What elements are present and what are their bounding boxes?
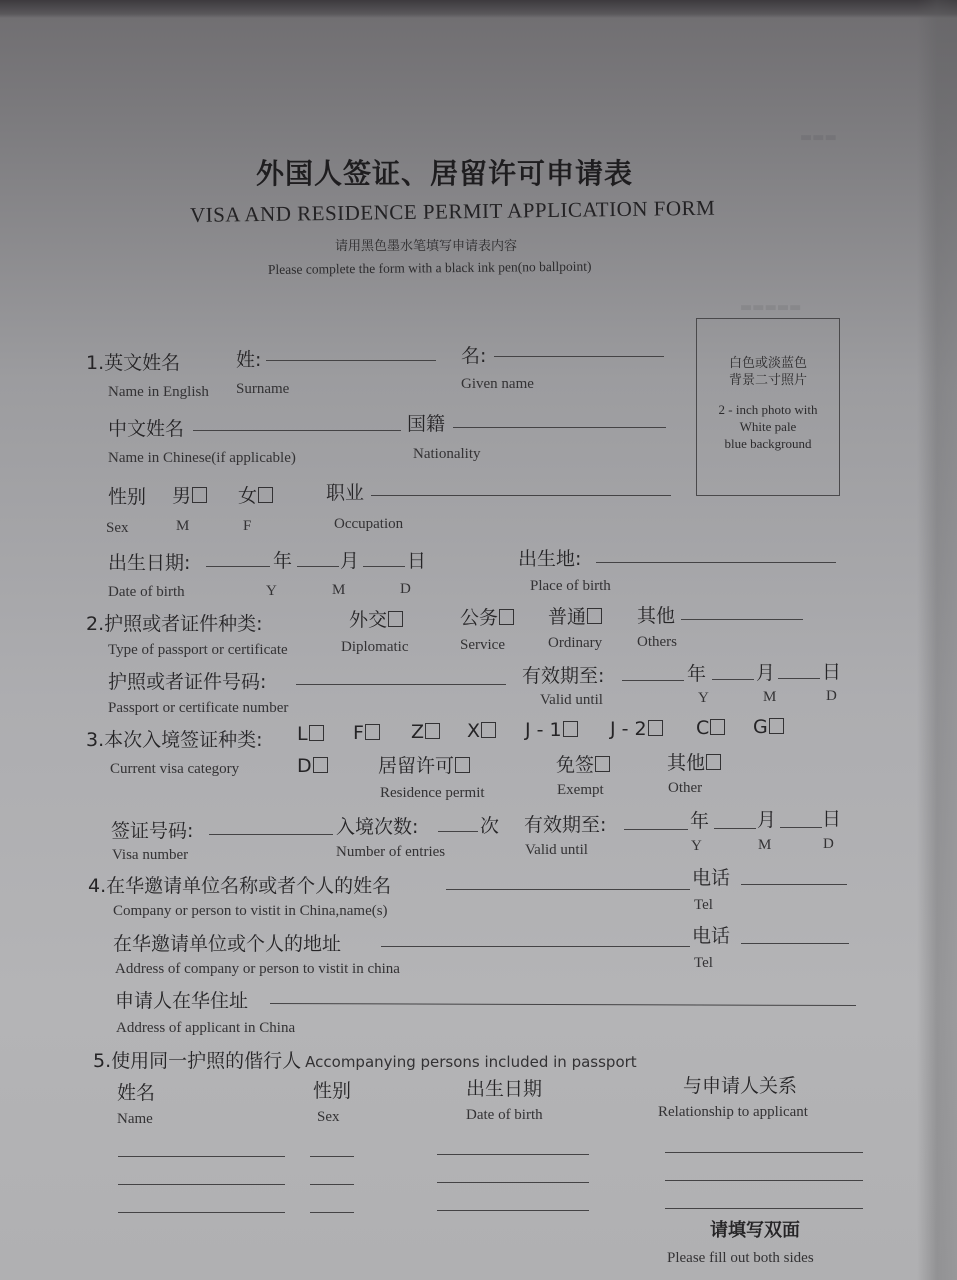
given-name-label-cn: 名: (461, 341, 486, 368)
applicant-address-field[interactable] (270, 1003, 856, 1006)
visa-category-label-en: Current visa category (110, 761, 239, 778)
companion-dob-field[interactable] (437, 1210, 589, 1211)
photo-placeholder-box[interactable]: 白色或淡蓝色 背景二寸照片 2 - inch photo with White … (696, 318, 840, 496)
column-header-name-cn: 姓名 (117, 1078, 155, 1105)
column-header-dob-en: Date of birth (466, 1107, 543, 1124)
column-header-sex-en: Sex (317, 1109, 340, 1126)
section-number: 2. (86, 613, 104, 635)
sex-female-label-en: F (243, 518, 251, 535)
column-header-relationship-en: Relationship to applicant (658, 1104, 808, 1121)
visa-option-other[interactable]: 其他 (667, 748, 721, 775)
year-label-en: Y (691, 838, 702, 855)
residence-permit-checkbox[interactable] (455, 757, 470, 773)
year-label-cn: 年 (690, 806, 709, 833)
bleed-through-text: ▬▬▬ (800, 130, 837, 145)
name-in-english-label-en: Name in English (108, 384, 209, 401)
month-label-cn: 月 (340, 546, 359, 573)
company-name-label-en: Company or person to vistit in China,nam… (113, 903, 388, 920)
entries-unit-cn: 次 (480, 811, 499, 838)
passport-valid-day-field[interactable] (778, 678, 820, 679)
month-label-en: M (332, 582, 345, 599)
companion-relationship-field[interactable] (665, 1152, 863, 1153)
section-number: 5. (93, 1050, 111, 1072)
ordinary-checkbox[interactable] (587, 608, 602, 624)
companion-name-field[interactable] (118, 1156, 285, 1157)
place-of-birth-label-en: Place of birth (530, 578, 611, 595)
instruction-cn: 请用黑色墨水笔填写申请表内容 (335, 235, 517, 254)
accompanying-persons-label-cn: 使用同一护照的偕行人 (111, 1050, 301, 1072)
given-name-field[interactable] (494, 356, 664, 357)
passport-type-label-cn: 护照或者证件种类: (104, 613, 262, 635)
place-of-birth-field[interactable] (596, 562, 836, 563)
diplomatic-label-en: Diplomatic (341, 639, 409, 656)
fill-both-sides-note-cn: 请填写双面 (710, 1216, 800, 1242)
occupation-field[interactable] (371, 495, 671, 496)
female-checkbox[interactable] (258, 487, 273, 503)
tel-label-en: Tel (694, 955, 713, 972)
other-visa-label-en: Other (668, 780, 702, 797)
visa-J2-checkbox[interactable] (648, 720, 663, 736)
visa-option-Z[interactable]: Z (411, 721, 440, 743)
companion-relationship-field[interactable] (665, 1180, 863, 1181)
day-label-en: D (826, 688, 837, 705)
year-label-en: Y (698, 690, 709, 707)
photo-instruction-en: 2 - inch photo with White pale blue back… (697, 401, 839, 452)
sex-female-option[interactable]: 女 (238, 481, 273, 508)
service-label-en: Service (460, 637, 505, 654)
year-label-cn: 年 (273, 546, 292, 573)
form-title-cn: 外国人签证、居留许可申请表 (256, 152, 633, 192)
birth-year-field[interactable] (206, 566, 270, 567)
instruction-en: Please complete the form with a black in… (268, 259, 592, 278)
sex-male-option[interactable]: 男 (172, 481, 207, 508)
surname-field[interactable] (266, 360, 436, 361)
companion-sex-field[interactable] (310, 1212, 354, 1213)
year-label-cn: 年 (687, 659, 706, 686)
others-label-cn: 其他 (637, 601, 675, 628)
passport-type-label-en: Type of passport or certificate (108, 642, 288, 659)
passport-valid-until-label-en: Valid until (540, 692, 603, 709)
company-name-field[interactable] (446, 889, 690, 890)
column-header-sex-cn: 性别 (313, 1076, 351, 1103)
visa-option-G[interactable]: G (753, 716, 784, 738)
visa-option-C[interactable]: C (696, 717, 725, 739)
column-header-relationship-cn: 与申请人关系 (683, 1071, 797, 1098)
day-label-cn: 日 (822, 657, 841, 684)
visa-D-checkbox[interactable] (313, 757, 328, 773)
surname-label-en: Surname (236, 381, 289, 398)
section2-heading: 2.护照或者证件种类: (86, 609, 263, 636)
visa-F-checkbox[interactable] (365, 724, 380, 740)
occupation-label-en: Occupation (334, 516, 403, 533)
applicant-address-label-cn: 申请人在华住址 (115, 986, 248, 1013)
visa-number-field[interactable] (209, 834, 333, 835)
company-tel-field[interactable] (741, 884, 847, 885)
visa-L-checkbox[interactable] (309, 725, 324, 741)
tel-label-cn: 电话 (692, 863, 730, 890)
company-address-label-cn: 在华邀请单位或个人的地址 (113, 929, 341, 956)
day-label-cn: 日 (407, 546, 426, 573)
entries-label-en: Number of entries (336, 844, 445, 861)
visa-G-checkbox[interactable] (769, 718, 784, 734)
male-checkbox[interactable] (192, 487, 207, 503)
visa-C-checkbox[interactable] (710, 719, 725, 735)
visa-valid-day-field[interactable] (780, 827, 822, 828)
service-checkbox[interactable] (499, 609, 514, 625)
visa-X-checkbox[interactable] (481, 722, 496, 738)
day-label-en: D (400, 581, 411, 598)
others-label-en: Others (637, 634, 677, 651)
visa-option-D[interactable]: D (297, 755, 328, 777)
passport-type-service[interactable]: 公务 (460, 603, 514, 630)
sex-label-en: Sex (106, 520, 129, 537)
passport-number-field[interactable] (296, 684, 506, 685)
visa-number-label-en: Visa number (112, 847, 188, 864)
sex-male-label-en: M (176, 518, 189, 535)
tel-label-cn: 电话 (692, 921, 730, 948)
bleed-through-text: ▬▬▬▬▬ (740, 300, 801, 315)
exempt-label-en: Exempt (557, 782, 604, 799)
column-header-name-en: Name (117, 1111, 153, 1128)
section1-heading: 1.英文姓名 (86, 348, 180, 375)
companion-relationship-field[interactable] (665, 1208, 863, 1209)
name-in-chinese-label-cn: 中文姓名 (108, 414, 184, 441)
visa-valid-month-field[interactable] (714, 828, 756, 829)
tel-label-en: Tel (694, 897, 713, 914)
section-number: 3. (86, 729, 104, 751)
month-label-cn: 月 (756, 658, 775, 685)
day-label-en: D (823, 836, 834, 853)
entries-label-cn: 入境次数: (336, 812, 418, 839)
exempt-checkbox[interactable] (595, 756, 610, 772)
birth-month-field[interactable] (297, 566, 339, 567)
other-visa-checkbox[interactable] (706, 754, 721, 770)
companion-sex-field[interactable] (310, 1156, 354, 1157)
surname-label-cn: 姓: (236, 345, 261, 372)
ordinary-label-en: Ordinary (548, 635, 602, 652)
visa-option-X[interactable]: X (467, 720, 496, 742)
nationality-label-en: Nationality (413, 446, 481, 463)
date-of-birth-label-cn: 出生日期: (108, 548, 190, 575)
passport-valid-year-field[interactable] (622, 680, 684, 681)
visa-valid-year-field[interactable] (624, 829, 688, 830)
section-number: 4. (88, 875, 106, 897)
passport-valid-until-label-cn: 有效期至: (522, 661, 604, 688)
name-in-chinese-label-en: Name in Chinese(if applicable) (108, 450, 296, 467)
section5-heading: 5.使用同一护照的偕行人Accompanying persons include… (93, 1046, 637, 1073)
sex-label-cn: 性别 (108, 482, 146, 509)
passport-number-label-en: Passport or certificate number (108, 700, 288, 717)
visa-J1-checkbox[interactable] (563, 721, 578, 737)
address-tel-field[interactable] (741, 943, 849, 944)
day-label-cn: 日 (822, 804, 841, 831)
form-title-en: VISA AND RESIDENCE PERMIT APPLICATION FO… (190, 196, 716, 228)
visa-valid-until-label-en: Valid until (525, 842, 588, 859)
visa-option-J1[interactable]: J - 1 (525, 719, 578, 741)
paper-top-edge (0, 0, 957, 18)
paper-right-edge (917, 0, 957, 1280)
accompanying-persons-label-en: Accompanying persons included in passpor… (305, 1053, 637, 1071)
companion-name-field[interactable] (118, 1212, 285, 1213)
year-label-en: Y (266, 583, 277, 600)
month-label-en: M (763, 689, 776, 706)
place-of-birth-label-cn: 出生地: (518, 544, 581, 571)
number-of-entries-field[interactable] (438, 831, 478, 832)
visa-valid-until-label-cn: 有效期至: (524, 810, 606, 837)
companion-dob-field[interactable] (437, 1154, 589, 1155)
section-number: 1. (86, 352, 104, 374)
visa-option-F[interactable]: F (353, 722, 380, 744)
visa-option-exempt[interactable]: 免签 (556, 750, 610, 777)
passport-type-diplomatic[interactable]: 外交 (349, 605, 403, 632)
birth-day-field[interactable] (363, 566, 405, 567)
company-address-label-en: Address of company or person to vistit i… (115, 961, 400, 978)
column-header-dob-cn: 出生日期 (466, 1074, 542, 1101)
occupation-label-cn: 职业 (326, 478, 364, 505)
companion-sex-field[interactable] (310, 1184, 354, 1185)
nationality-field[interactable] (453, 427, 666, 428)
date-of-birth-label-en: Date of birth (108, 584, 185, 601)
given-name-label-en: Given name (461, 376, 534, 393)
companion-name-field[interactable] (118, 1184, 285, 1185)
passport-valid-month-field[interactable] (712, 679, 754, 680)
section3-heading: 3.本次入境签证种类: (86, 725, 263, 752)
visa-option-residence-permit[interactable]: 居留许可 (378, 751, 470, 778)
applicant-address-label-en: Address of applicant in China (116, 1020, 295, 1037)
month-label-cn: 月 (757, 805, 776, 832)
passport-type-ordinary[interactable]: 普通 (548, 602, 602, 629)
visa-option-J2[interactable]: J - 2 (610, 718, 663, 740)
company-name-label-cn: 在华邀请单位名称或者个人的姓名 (106, 875, 391, 897)
company-address-field[interactable] (381, 946, 690, 947)
residence-permit-label-en: Residence permit (380, 785, 485, 802)
month-label-en: M (758, 837, 771, 854)
passport-type-others-field[interactable] (681, 619, 803, 620)
photo-instruction-cn: 白色或淡蓝色 背景二寸照片 (697, 355, 839, 389)
diplomatic-checkbox[interactable] (388, 611, 403, 627)
visa-option-L[interactable]: L (297, 723, 324, 745)
companion-dob-field[interactable] (437, 1182, 589, 1183)
nationality-label-cn: 国籍 (407, 409, 445, 436)
name-in-chinese-field[interactable] (193, 430, 401, 431)
visa-Z-checkbox[interactable] (425, 723, 440, 739)
name-in-english-label-cn: 英文姓名 (104, 352, 180, 374)
visa-category-label-cn: 本次入境签证种类: (104, 729, 262, 751)
visa-number-label-cn: 签证号码: (111, 816, 193, 843)
fill-both-sides-note-en: Please fill out both sides (667, 1250, 814, 1267)
passport-number-label-cn: 护照或者证件号码: (108, 667, 266, 694)
section4-heading: 4.在华邀请单位名称或者个人的姓名 (88, 871, 391, 898)
